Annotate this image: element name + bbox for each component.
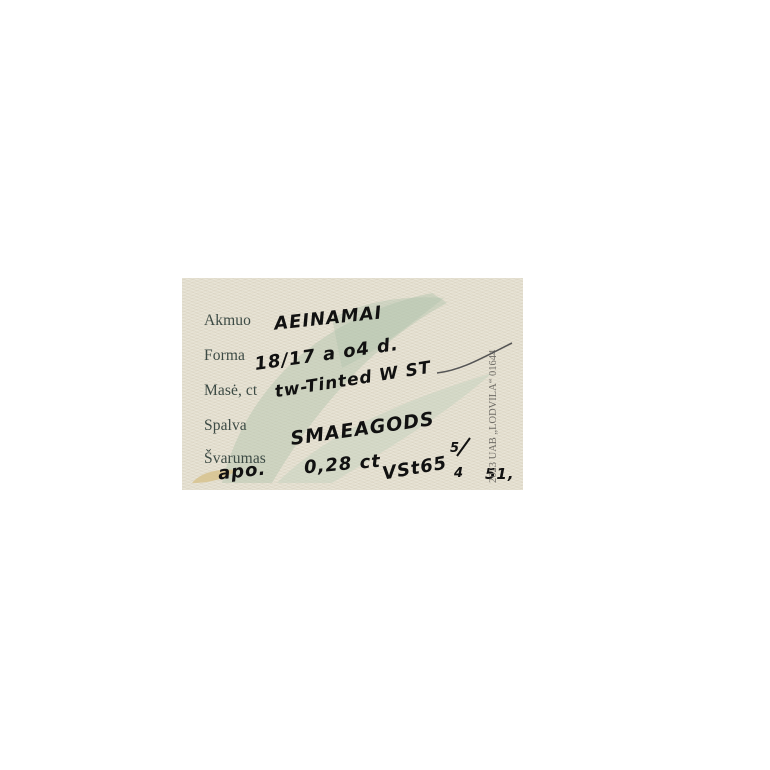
- vertical-imprint-text: 2023 UAB „LODVILA“ 01644: [488, 350, 499, 483]
- label-color: Spalva: [204, 417, 247, 435]
- handwritten-fraction-bottom: 4: [454, 466, 464, 481]
- label-shape: Forma: [204, 347, 245, 365]
- handwritten-fraction-top: 5: [450, 441, 460, 456]
- gemstone-certificate-card: Akmuo Forma Masė, ct Spalva Švarumas AEI…: [182, 278, 523, 490]
- label-stone: Akmuo: [204, 312, 251, 330]
- label-mass: Masė, ct: [204, 382, 257, 400]
